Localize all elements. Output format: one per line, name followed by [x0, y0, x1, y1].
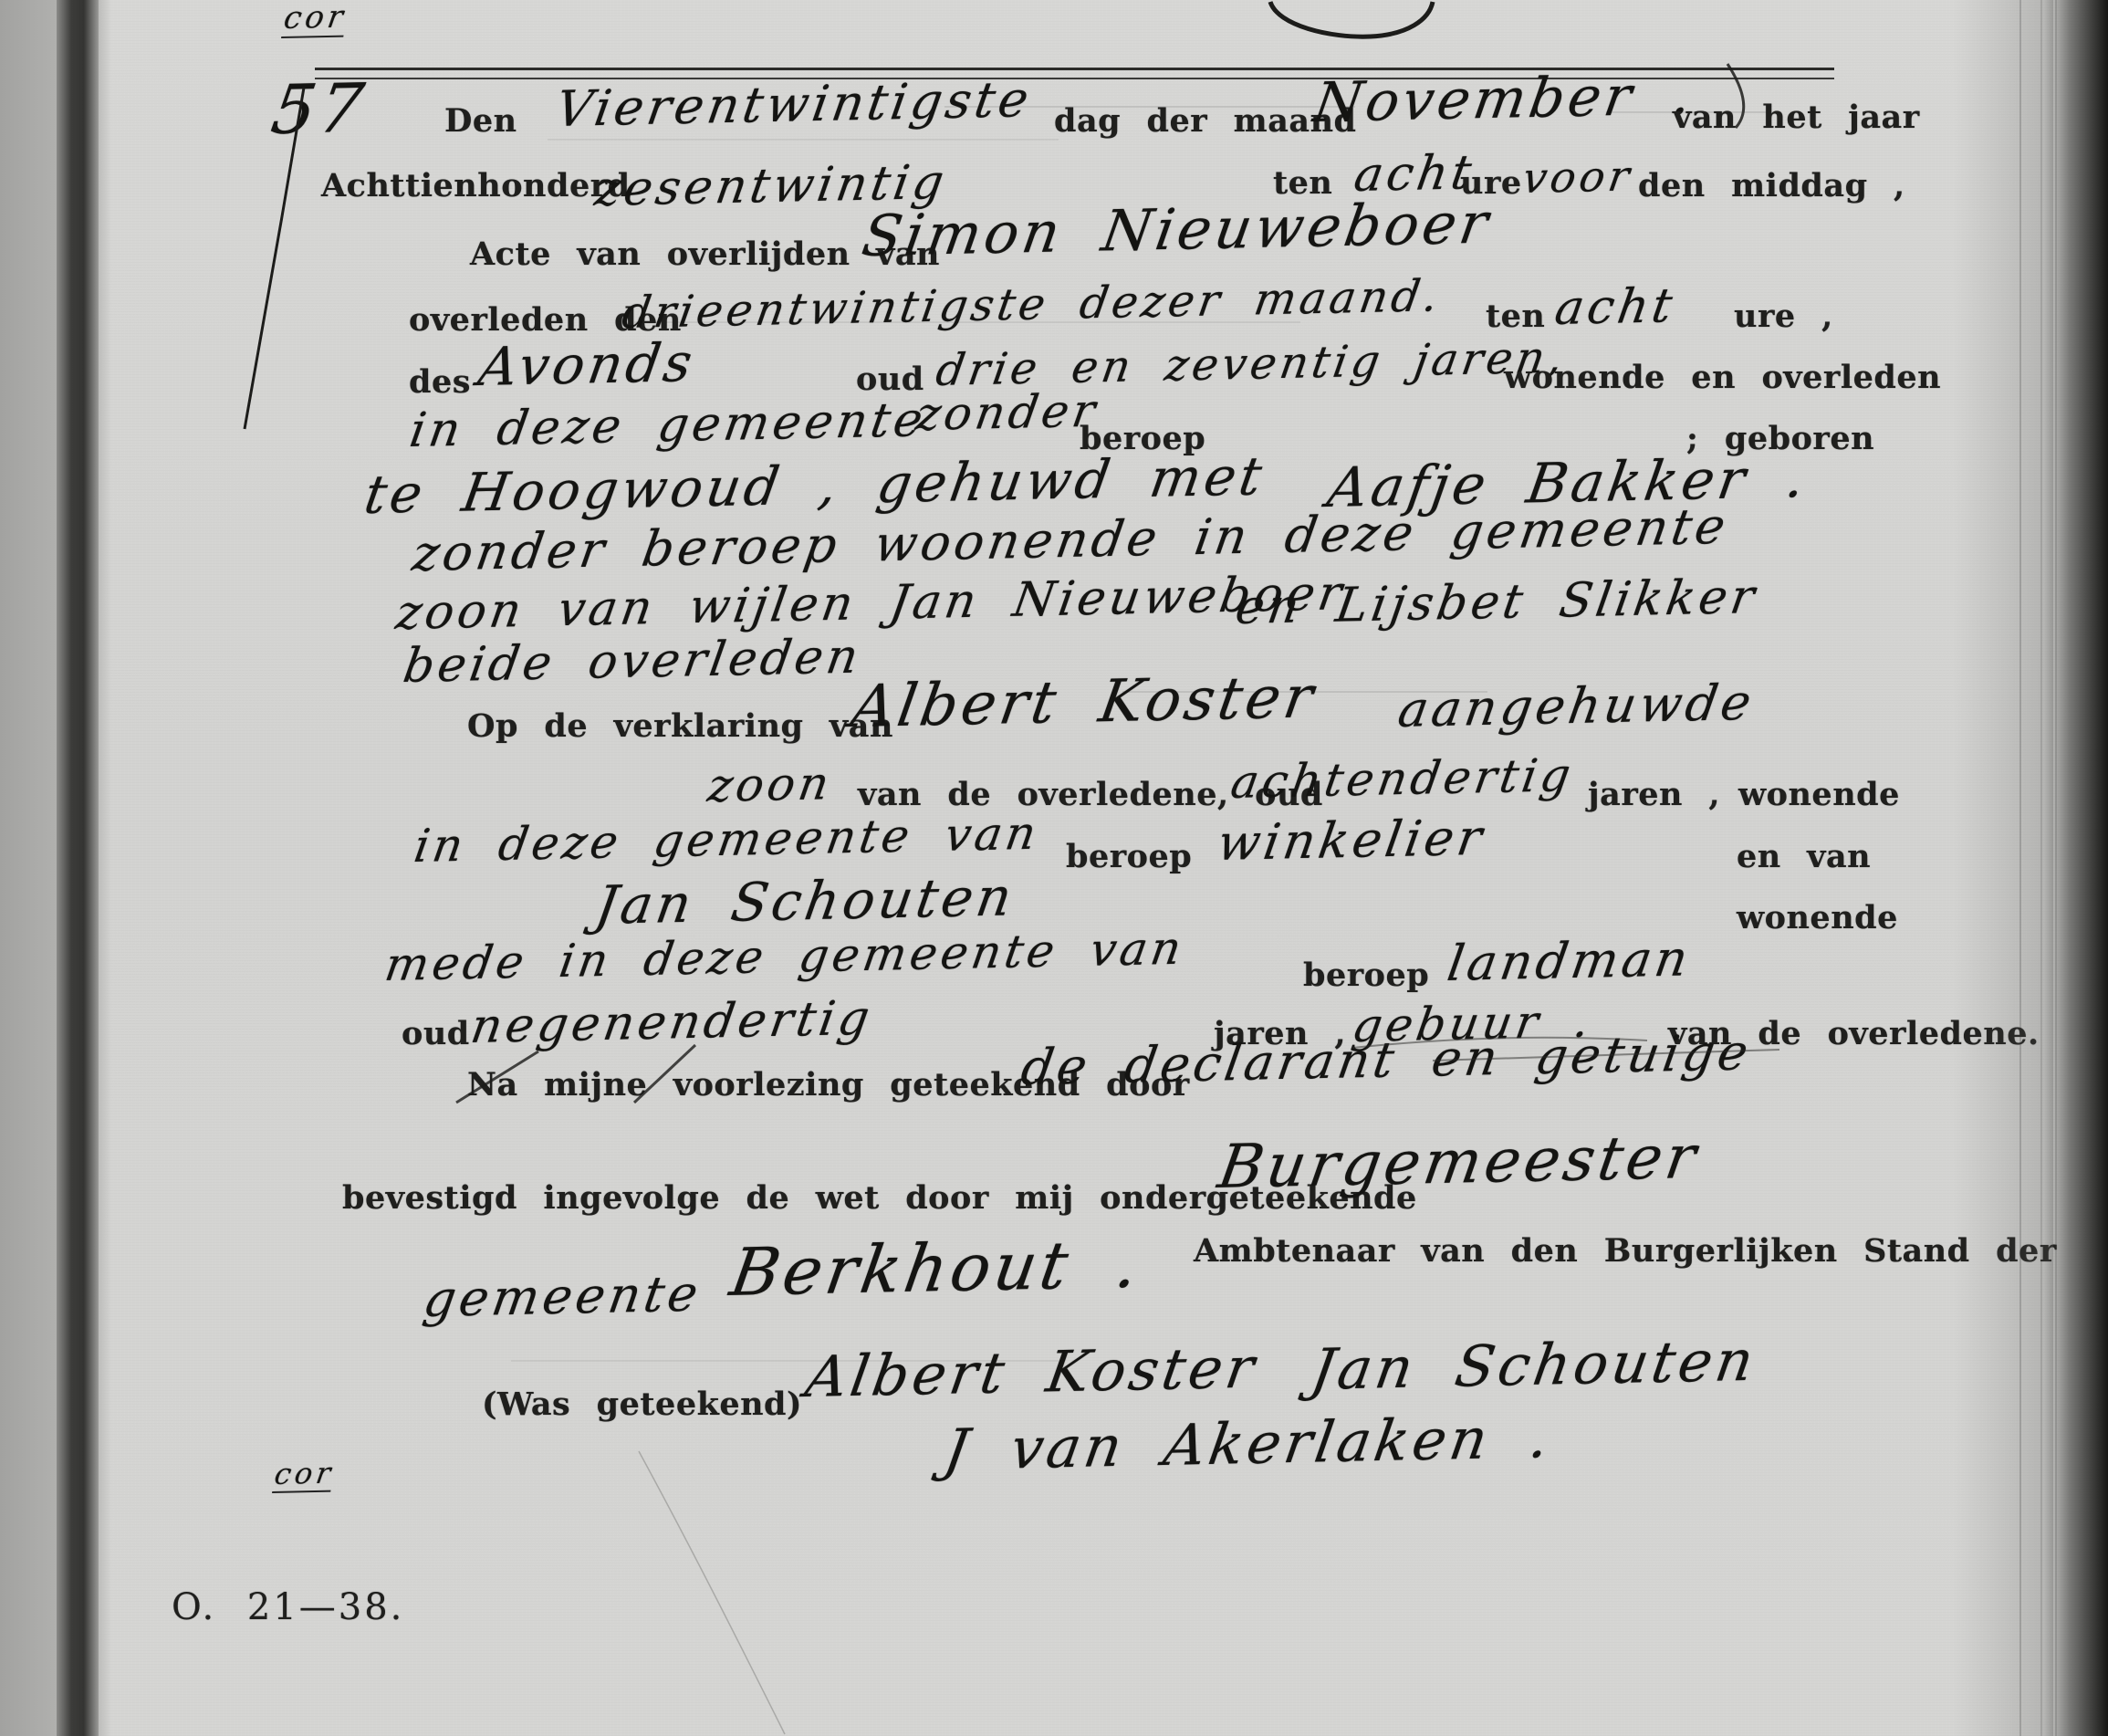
- handwritten-declarant-relation: aangehuwde: [1394, 674, 1758, 738]
- left-fold-shadow: [99, 0, 111, 1736]
- signature-declarant: Albert Koster: [801, 1334, 1262, 1410]
- printed-label-wonende-overleden: wonende en overleden: [1504, 359, 1941, 396]
- handwritten-death-day: drieentwintigste dezer maand.: [619, 270, 1445, 339]
- handwritten-witness-occupation: landman: [1444, 929, 1696, 992]
- handwritten-witness-residence: mede in deze gemeente van: [381, 922, 1188, 991]
- printed-label-den: Den: [444, 102, 517, 140]
- printed-label-ambtenaar: Ambtenaar van den Burgerlijken Stand der: [1194, 1232, 2057, 1270]
- handwritten-day-of-registration: Vierentwintigste: [552, 70, 1036, 138]
- printed-label-was-geteekend: (Was geteekend): [482, 1386, 802, 1423]
- signature-witness: Jan Schouten: [1307, 1327, 1761, 1403]
- handwritten-voor-middag: voor: [1519, 152, 1636, 203]
- signature-registrar: J van Akerlaken .: [940, 1404, 1557, 1483]
- handwritten-month: November .: [1310, 63, 1699, 135]
- left-page-fold-band: [57, 0, 99, 1736]
- handwritten-official-title: Burgemeester: [1214, 1122, 1704, 1202]
- printed-label-van-het-jaar: van het jaar: [1673, 99, 1920, 136]
- printed-label-den-middag: den middag ,: [1638, 167, 1905, 204]
- handwritten-gemeente: gemeente: [420, 1265, 705, 1328]
- left-scan-edge: [0, 0, 57, 1736]
- handwritten-municipality-name: Berkhout .: [725, 1226, 1147, 1311]
- printed-label-beroep3: beroep: [1303, 957, 1429, 994]
- printed-label-beroep2: beroep: [1066, 838, 1192, 875]
- printed-label-en-van: en van: [1737, 838, 1871, 875]
- printed-label-wonende: wonende: [1738, 776, 1900, 813]
- handwritten-signed-by: de declarant en getuige: [1017, 1023, 1756, 1096]
- handwritten-declarant-age: achtendertig: [1227, 748, 1578, 809]
- handwritten-declarant-occupation: winkelier: [1214, 809, 1489, 872]
- correction-mark-top: cor: [281, 0, 350, 38]
- binding-shadow: [2044, 0, 2108, 1736]
- printed-label-ten2: ten: [1486, 298, 1545, 335]
- printed-label-jaren: jaren ,: [1588, 776, 1720, 813]
- handwritten-beide-overleden: beide overleden: [400, 630, 865, 694]
- handwritten-declarant-residence: in deze gemeente van: [411, 807, 1043, 873]
- handwritten-zonder: zonder: [913, 384, 1102, 441]
- record-number: 57: [266, 69, 372, 150]
- printed-label-ure2: ure ,: [1734, 298, 1833, 335]
- ghost-line: [548, 139, 1059, 141]
- handwritten-death-hour: acht: [1551, 278, 1679, 336]
- handwritten-zoon: zoon: [704, 757, 836, 812]
- handwritten-daypart: Avonds: [475, 331, 700, 398]
- form-code: O. 21—38.: [172, 1586, 404, 1628]
- binding-shadow-soft: [1953, 0, 2053, 1736]
- printed-label-achttienhonderd: Achttienhonderd: [321, 167, 631, 204]
- printed-label-wonende2: wonende: [1737, 899, 1898, 936]
- printed-label-des: des: [409, 363, 471, 401]
- handwritten-declarant-name: Albert Koster: [847, 664, 1321, 741]
- printed-label-oud2: oud: [402, 1015, 470, 1052]
- correction-mark-bottom: cor: [272, 1456, 337, 1493]
- handwritten-witness-age: negenendertig: [467, 991, 877, 1054]
- printed-label-op-de-verklaring: Op de verklaring van: [467, 707, 893, 745]
- handwritten-deceased-name: Simon Nieuweboer: [858, 190, 1496, 269]
- handwritten-parents-mother: en Lijsbet Slikker: [1232, 570, 1761, 635]
- scanned-death-certificate-page: cor cor 57 Den Vierentwintigste dag der …: [0, 0, 2108, 1736]
- handwritten-residence-deceased: in deze gemeente: [406, 392, 930, 458]
